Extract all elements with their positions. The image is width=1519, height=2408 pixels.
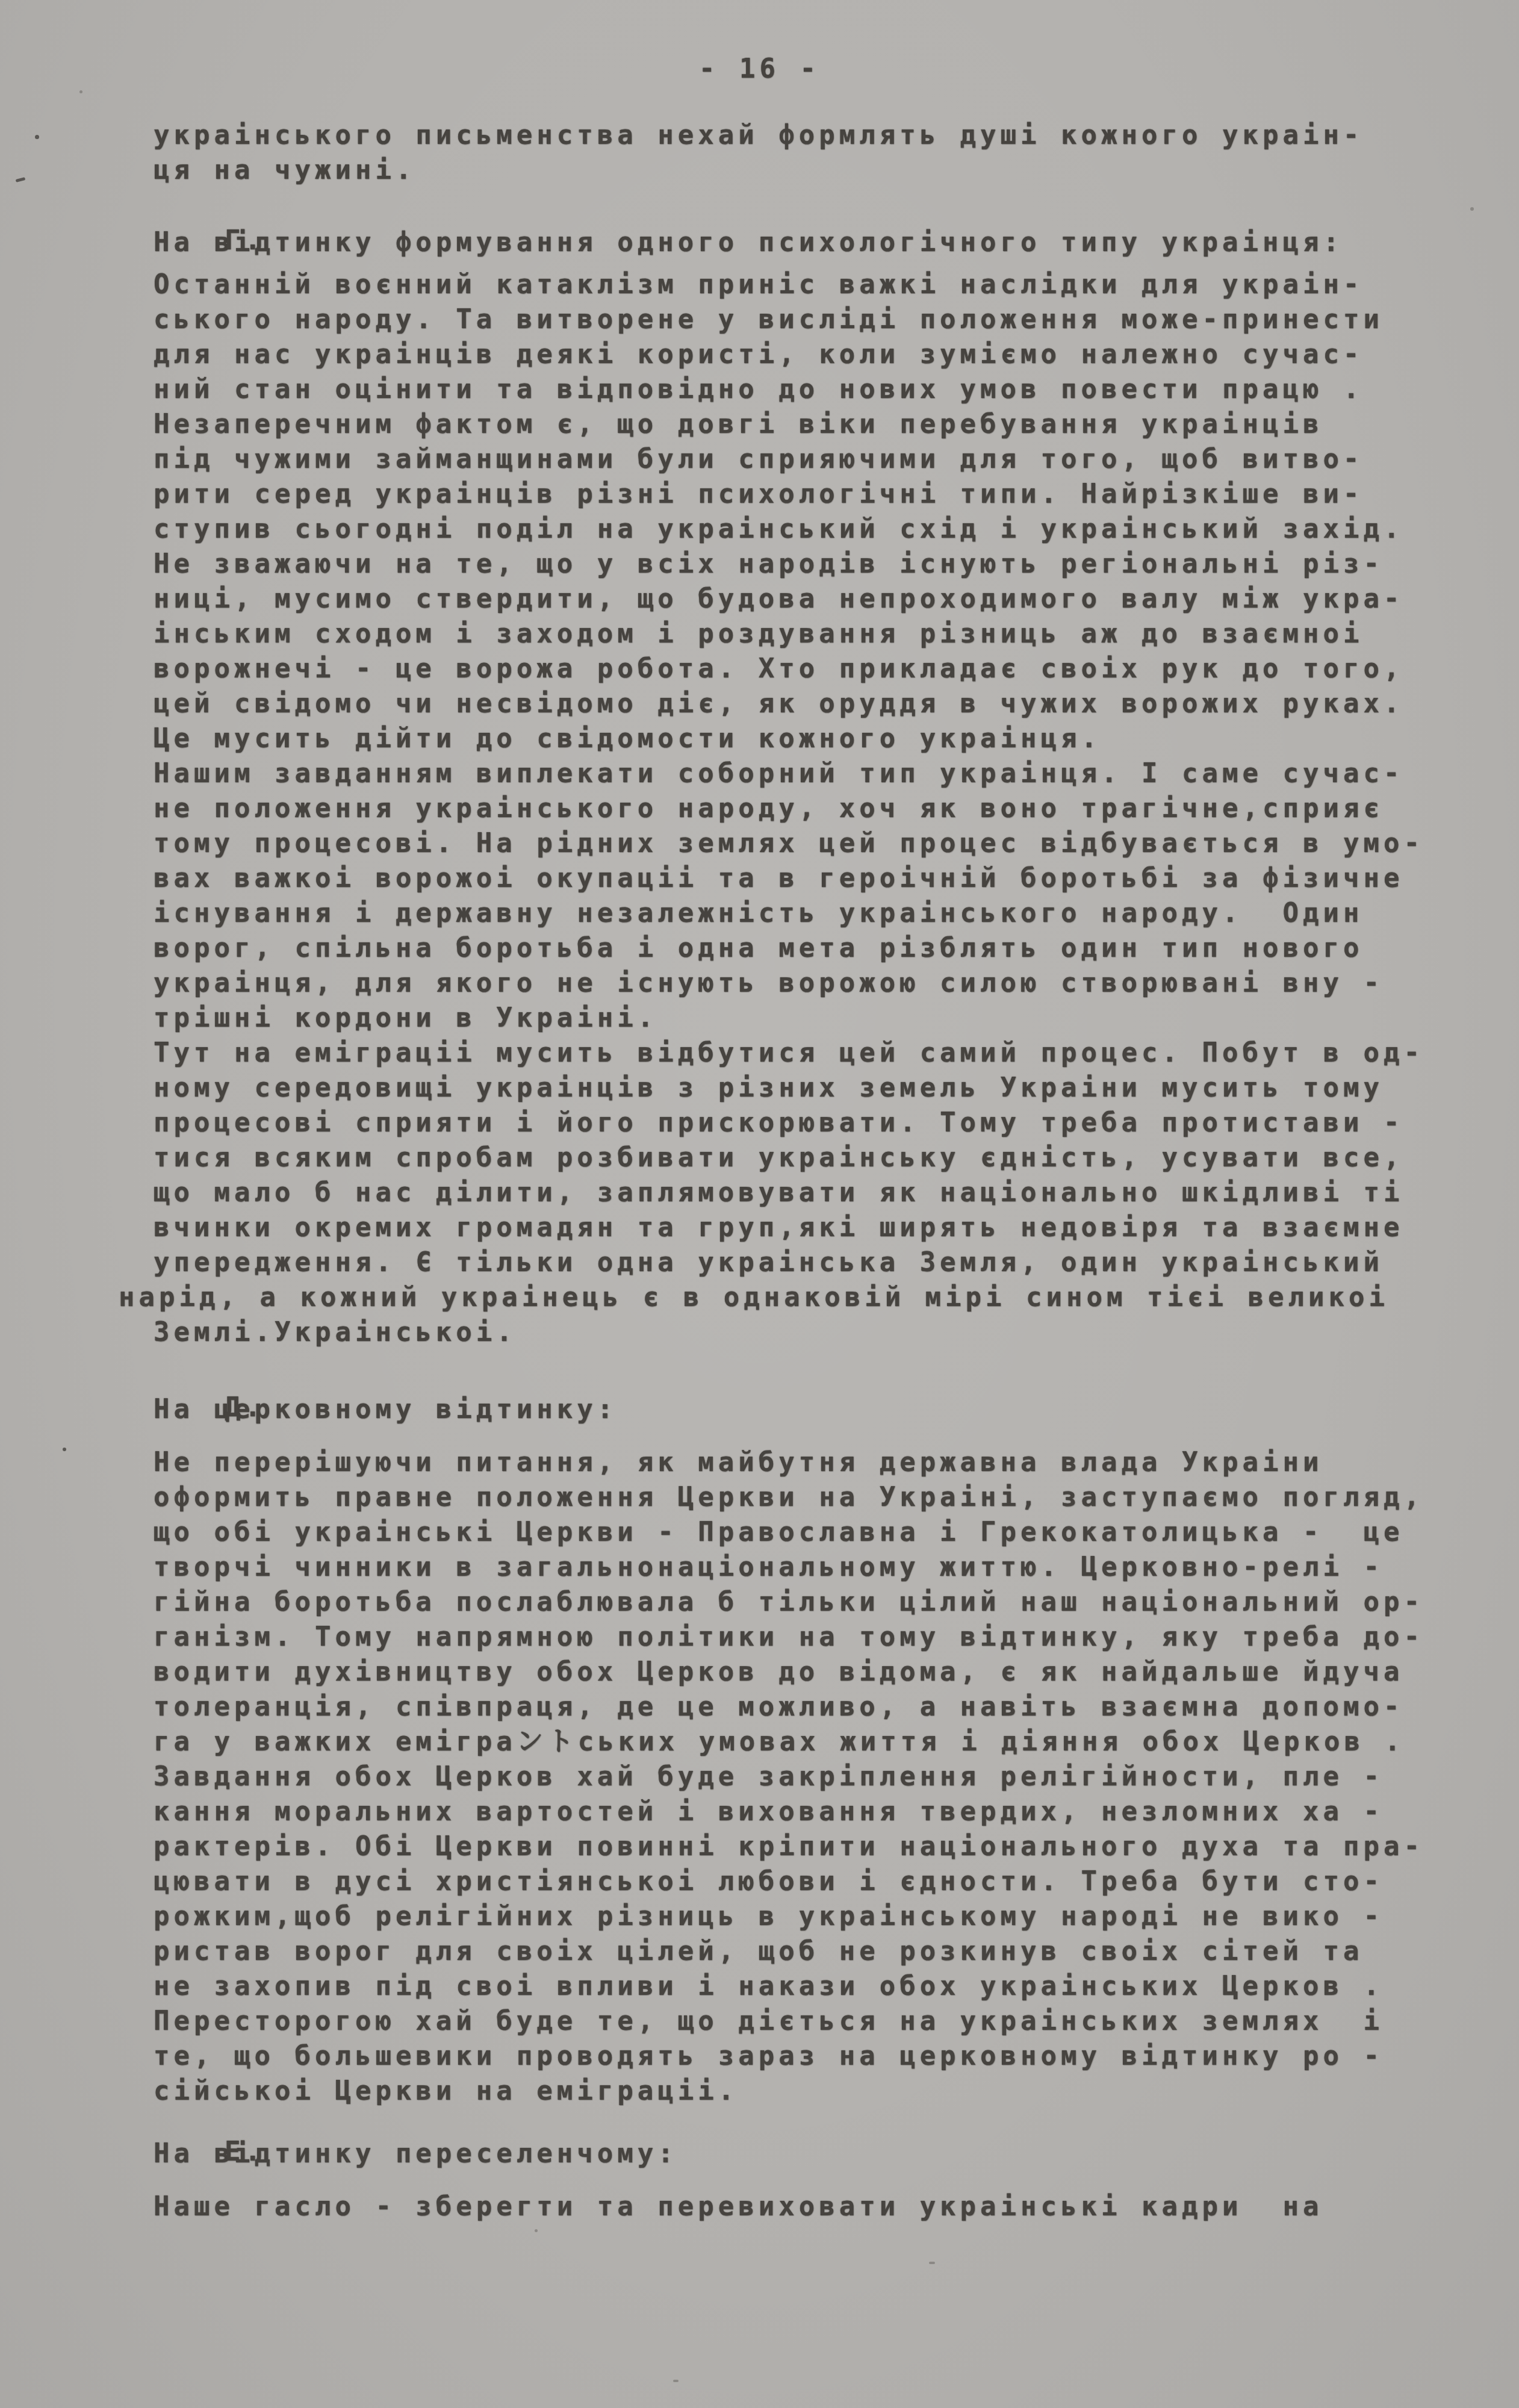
text-line: рити серед украінців різні психологічні …	[154, 477, 1501, 512]
text-line: толеранція, співпраця, де це можливо, а …	[154, 1690, 1501, 1725]
section-e-heading: Е. На відтинку переселенчому:	[154, 2136, 1501, 2171]
text-line: цей свідомо чи несвідомо діє, як оруддя …	[154, 686, 1501, 721]
paper-speck	[35, 135, 39, 139]
text-line: ному середовищі украінців з різних земел…	[154, 1071, 1501, 1106]
text-line: процесові сприяти і його прискорювати. Т…	[154, 1106, 1501, 1140]
section-letter: Г.	[225, 225, 297, 256]
text-line: тому процесові. На рідних землях цей про…	[154, 826, 1501, 861]
paper-speck	[63, 1448, 66, 1451]
text-line: Нашим завданням виплекати соборний тип у…	[154, 756, 1501, 791]
section-heading: На відтинку формування одного психологіч…	[154, 225, 1501, 260]
intro-paragraph: украінського письменства нехай формлять …	[154, 118, 1501, 188]
paper-speck	[1470, 207, 1474, 211]
text-line: існування і державну незалежність украін…	[154, 896, 1501, 931]
text-line: що мало б нас ділити, заплямовувати як н…	[154, 1175, 1501, 1210]
text-line: рактерів. Обі Церкви повинні кріпити нац…	[154, 1829, 1501, 1864]
text-line: Не зважаючи на те, що у всіх народів існ…	[154, 547, 1501, 582]
text-line: ворог, спільна боротьба і одна мета різб…	[154, 931, 1501, 966]
section-g-heading: Г. На відтинку формування одного психоло…	[154, 225, 1501, 260]
text-line: тися всяким спробам розбивати украінську…	[154, 1140, 1501, 1175]
paper-speck	[673, 2380, 679, 2382]
section-d-body: Не перерішуючи питання, як майбутня держ…	[154, 1445, 1501, 2109]
text-line: Останній воєнний катаклізм приніс важкі …	[154, 267, 1501, 302]
text-line: для нас украінців деякі користі, коли зу…	[154, 337, 1501, 372]
scanned-document-page: { "colors": { "paper": "#b4b2af", "ink":…	[0, 0, 1519, 2408]
text-line: цювати в дусі христіянськоі любови і єдн…	[154, 1864, 1501, 1899]
text-line: вчинки окремих громадян та груп,які ширя…	[154, 1210, 1501, 1245]
text-line: Наше гасло - зберегти та перевиховати ук…	[154, 2189, 1501, 2224]
text-line: оформить правне положення Церкви на Укра…	[154, 1480, 1501, 1515]
text-line: сійськоі Церкви на еміграціі.	[154, 2074, 1501, 2109]
section-letter: Е.	[225, 2136, 297, 2167]
text-line: рожким,щоб релігійних різниць в украінсь…	[154, 1899, 1501, 1934]
text-line: трішні кордони в Украіні.	[154, 1001, 1501, 1036]
text-line: ганізм. Тому напрямною політики на тому …	[154, 1620, 1501, 1655]
text-line: ристав ворог для своіх цілей, щоб не роз…	[154, 1934, 1501, 1969]
section-e-body: Наше гасло - зберегти та перевиховати ук…	[154, 2189, 1501, 2224]
text-line: що обі украінські Церкви - Православна і…	[154, 1515, 1501, 1550]
text-line: під чужими займанщинами були сприяючими …	[154, 442, 1501, 477]
text-line: те, що большевики проводять зараз на цер…	[154, 2039, 1501, 2074]
text-line: гійна боротьба послаблювала б тільки ціл…	[154, 1585, 1501, 1620]
section-letter: Д.	[225, 1392, 297, 1423]
text-line: творчі чинники в загальнонаціональному ж…	[154, 1550, 1501, 1585]
text-line: га у важких еміграントських умовах життя і…	[154, 1725, 1501, 1759]
paper-speck	[16, 177, 26, 182]
text-line: ського народу. Та витворене у висліді по…	[154, 302, 1501, 337]
text-line: кання моральних вартостей і виховання тв…	[154, 1794, 1501, 1829]
text-line: водити духівництву обох Церков до відома…	[154, 1655, 1501, 1690]
text-line: не положення украінського народу, хоч як…	[154, 791, 1501, 826]
text-line: Тут на еміграціі мусить відбутися цей са…	[154, 1036, 1501, 1071]
page-number: - 16 -	[699, 52, 820, 87]
paper-speck	[929, 2262, 935, 2264]
section-d-heading: Д. На церковному відтинку:	[154, 1392, 1501, 1427]
text-line: Землі.Украінськоі.	[154, 1315, 1501, 1350]
text-line: ступив сьогодні поділ на украінський схі…	[154, 512, 1501, 547]
paper-speck	[535, 2229, 538, 2232]
section-heading: На церковному відтинку:	[154, 1392, 1501, 1427]
text-line: не захопив під своі впливи і накази обох…	[154, 1969, 1501, 2004]
text-line: украінського письменства нехай формлять …	[154, 118, 1501, 153]
text-line: ниці, мусимо ствердити, що будова непрох…	[154, 582, 1501, 617]
text-line: вах важкоі ворожоі окупаціі та в героічн…	[154, 861, 1501, 896]
text-line: ворожнечі - це ворожа робота. Хто прикла…	[154, 652, 1501, 686]
text-line: Пересторогою хай буде те, що діється на …	[154, 2004, 1501, 2039]
text-line: ний стан оцінити та відповідно до нових …	[154, 372, 1501, 407]
text-line: Незаперечним фактом є, що довгі віки пер…	[154, 407, 1501, 442]
text-line: інським сходом і заходом і роздування рі…	[154, 617, 1501, 652]
text-line: украінця, для якого не існують ворожою с…	[154, 966, 1501, 1001]
text-line: нарід, а кожний украінець є в однаковій …	[154, 1280, 1501, 1315]
text-line: Це мусить дійти до свідомости кожного ук…	[154, 721, 1501, 756]
section-heading: На відтинку переселенчому:	[154, 2136, 1501, 2171]
section-g-body: Останній воєнний катаклізм приніс важкі …	[154, 267, 1501, 1350]
text-line: упередження. Є тільки одна украінська Зе…	[154, 1245, 1501, 1280]
paper-speck	[79, 90, 82, 93]
text-line: Не перерішуючи питання, як майбутня держ…	[154, 1445, 1501, 1480]
text-line: Завдання обох Церков хай буде закріпленн…	[154, 1759, 1501, 1794]
text-line: ця на чужині.	[154, 153, 1501, 188]
